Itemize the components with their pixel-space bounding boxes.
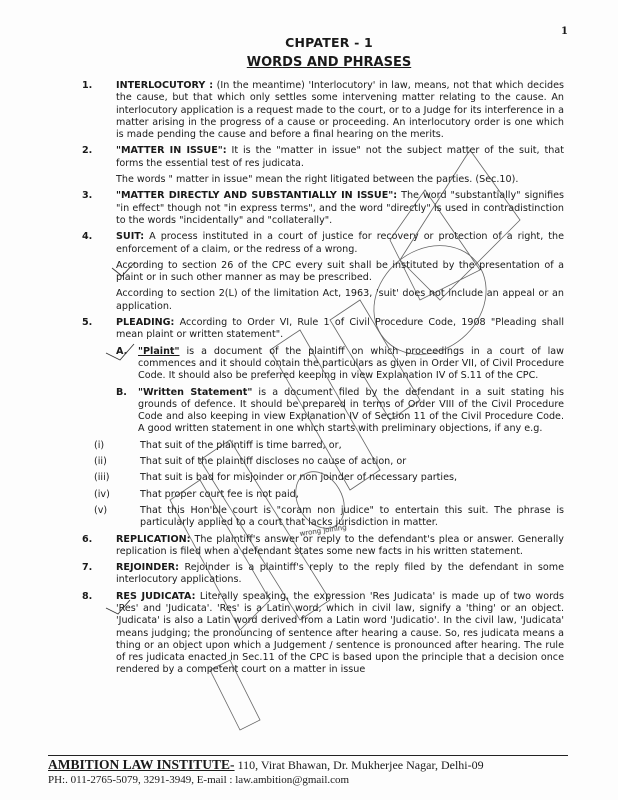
item-pleading: 5. PLEADING: According to Order VI, Rule…	[116, 317, 564, 529]
objection-label: (iv)	[94, 489, 110, 501]
objection-label: (v)	[94, 505, 107, 517]
subitem-term: "Written Statement"	[138, 387, 252, 398]
subitem-term: "Plaint"	[138, 346, 180, 357]
document-page: 1 CHPATER - 1 WORDS AND PHRASES 1. INTER…	[0, 0, 618, 800]
item-rejoinder: 7. REJOINDER: Rejoinder is a plaintiff's…	[116, 562, 564, 587]
chapter-heading: CHPATER - 1	[0, 35, 618, 50]
item-number: 8.	[82, 591, 92, 603]
subitem-label: A.	[116, 346, 127, 358]
item-text: Literally speaking, the expression 'Res …	[116, 591, 564, 676]
item-term: PLEADING:	[116, 317, 174, 328]
item-number: 4.	[82, 231, 92, 243]
footer: AMBITION LAW INSTITUTE- 110, Virat Bhawa…	[48, 755, 568, 786]
item-term: REPLICATION:	[116, 534, 191, 545]
item-number: 6.	[82, 534, 92, 546]
item-suit: 4. SUIT: A process instituted in a court…	[116, 231, 564, 313]
item-number: 2.	[82, 145, 92, 157]
objection-label: (ii)	[94, 456, 107, 468]
objection-v: (v)That this Hon'ble court is "coram non…	[94, 505, 564, 530]
institute-contact: PH:. 011-2765-5079, 3291-3949, E-mail : …	[48, 774, 568, 786]
objection-label: (iii)	[94, 472, 109, 484]
objection-text: That suit is bad for misjoinder or non j…	[140, 472, 457, 483]
document-body: 1. INTERLOCUTORY : (In the meantime) 'In…	[116, 80, 564, 681]
item-paragraph: According to section 26 of the CPC every…	[116, 260, 564, 285]
item-term: "MATTER DIRECTLY AND SUBSTANTIALLY IN IS…	[116, 190, 397, 201]
institute-name: AMBITION LAW INSTITUTE-	[48, 757, 235, 772]
subitem-text: is a document of the plaintiff on which …	[138, 346, 564, 382]
item-replication: 6. REPLICATION: The plaintiff's answer o…	[116, 534, 564, 559]
item-text: Rejoinder is a plaintiff's reply to the …	[116, 562, 564, 585]
item-term: SUIT:	[116, 231, 144, 242]
objection-iv: (iv)That proper court fee is not paid,	[94, 489, 564, 501]
subitem-written-statement: B. "Written Statement" is a document fil…	[116, 387, 564, 436]
item-text: A process instituted in a court of justi…	[116, 231, 564, 254]
objection-text: That this Hon'ble court is "coram non ju…	[140, 505, 564, 528]
objection-text: That suit of the plaintiff discloses no …	[140, 456, 406, 467]
item-matter-in-issue: 2. "MATTER IN ISSUE": It is the "matter …	[116, 145, 564, 186]
item-number: 3.	[82, 190, 92, 202]
item-text: According to Order VI, Rule 1 of Civil P…	[116, 317, 564, 340]
item-res-judicata: 8. RES JUDICATA: Literally speaking, the…	[116, 591, 564, 677]
item-term: INTERLOCUTORY :	[116, 80, 213, 91]
objection-i: (i)That suit of the plaintiff is time ba…	[94, 440, 564, 452]
institute-address: 110, Virat Bhawan, Dr. Mukherjee Nagar, …	[235, 758, 484, 772]
item-interlocutory: 1. INTERLOCUTORY : (In the meantime) 'In…	[116, 80, 564, 141]
subitem-plaint: A. "Plaint" is a document of the plainti…	[116, 346, 564, 383]
item-term: "MATTER IN ISSUE":	[116, 145, 227, 156]
item-number: 5.	[82, 317, 92, 329]
objection-label: (i)	[94, 440, 104, 452]
objection-text: That suit of the plaintiff is time barre…	[140, 440, 342, 451]
item-matter-directly: 3. "MATTER DIRECTLY AND SUBSTANTIALLY IN…	[116, 190, 564, 227]
item-paragraph: The words " matter in issue" mean the ri…	[116, 174, 564, 186]
objection-iii: (iii)That suit is bad for misjoinder or …	[94, 472, 564, 484]
subitem-label: B.	[116, 387, 127, 399]
item-term: REJOINDER:	[116, 562, 179, 573]
page-title: WORDS AND PHRASES	[0, 55, 618, 70]
item-number: 7.	[82, 562, 92, 574]
objection-ii: (ii)That suit of the plaintiff discloses…	[94, 456, 564, 468]
item-number: 1.	[82, 80, 92, 92]
objection-text: That proper court fee is not paid,	[140, 489, 299, 500]
item-paragraph: According to section 2(L) of the limitat…	[116, 288, 564, 313]
item-term: RES JUDICATA:	[116, 591, 195, 602]
